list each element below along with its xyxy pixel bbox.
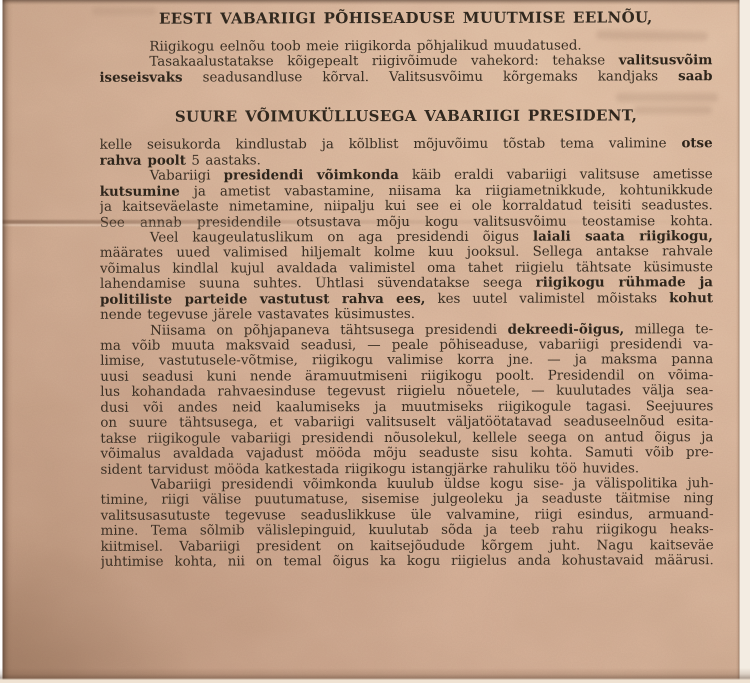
paragraph: Riigikogu eelnõu toob meie riigikorda põ… (99, 38, 712, 55)
body-text: millega te- (624, 322, 713, 337)
text-line: võimalus avaldada vajadust mööda mõju se… (100, 445, 713, 462)
emphasized-text: otse (681, 137, 712, 152)
body-text: võimalus avaldada vajadust mööda mõju se… (100, 445, 713, 462)
body-text: määrates uued valimised hiljemalt kolme … (100, 245, 713, 262)
text-line: dusi või andes neid kaalumiseks ja muutm… (100, 399, 713, 416)
paper-edge-left (0, 0, 13, 683)
showthrough-smudge (616, 93, 718, 102)
emphasized-text: valitsusvõim (619, 54, 713, 69)
paragraph: Niisama on põhjapaneva tähtsusega presid… (100, 322, 713, 478)
fold-crease-highlight (0, 224, 413, 226)
text-line: Tasakaalustatakse kõigepealt riigivõimud… (99, 54, 712, 71)
body-text: kelle seisukorda kindlustab ja kõlblist … (100, 137, 682, 154)
showthrough-smudge (596, 30, 708, 41)
emphasized-text: saab (678, 69, 712, 84)
body-text: valitsusasutuste tegevuse seaduslikkuse … (101, 507, 714, 524)
text-line: iseseisvaks seadusandluse kõrval. Valits… (99, 69, 712, 86)
body-text: käib eraldi vabariigi valitsuse ametisse (399, 167, 713, 183)
text-line: mine. Tema sõlmib välislepinguid, kuulut… (101, 522, 714, 539)
text-line: on suure tähtsusega, et vabariigi valits… (100, 414, 713, 431)
text-line: politiliste parteide vastutust rahva ees… (100, 291, 713, 308)
emphasized-text: presidendi võimkonda (224, 167, 399, 183)
emphasized-text: kohut (669, 291, 713, 306)
body-text: uusi seadusi kuni nende äramuutmiseni ri… (100, 368, 713, 385)
body-text: seadusandluse kõrval. Valitsusvõimu kõrg… (183, 69, 679, 85)
document-title: EESTI VABARIIGI PÕHISEADUSE MUUTMISE EEL… (99, 9, 712, 27)
body-text: Vabariigi presidendi võimkonda kuulub ül… (150, 476, 713, 492)
body-text: lahendamise suuna suhtes. Ühtlasi süvend… (100, 276, 536, 292)
showthrough-smudge (634, 106, 712, 114)
text-line: Vabariigi presidendi võimkonda käib eral… (100, 167, 713, 184)
paper-edge-top (0, 0, 750, 5)
body-text: dusi või andes neid kaalumiseks ja muutm… (100, 399, 713, 416)
text-line: kutsumine ja ametist vabastamine, niisam… (100, 183, 713, 200)
text-line: timine, riigi välise puutumatuse, sisemi… (101, 492, 714, 509)
text-line: sident tarvidust mööda katkestada riigik… (100, 461, 713, 478)
body-text: Niisama on põhjapaneva tähtsusega presid… (150, 322, 508, 338)
emphasized-text: laiali saata riigikogu, (533, 229, 713, 244)
emphasized-text: rahva poolt (100, 152, 186, 168)
paper-edge-right (736, 0, 750, 683)
body-text: nende tegevuse järele vastavates küsimus… (100, 307, 415, 323)
emphasized-text: dekreedi-õigus, (508, 322, 625, 338)
document-flow: Riigikogu eelnõu toob meie riigikorda põ… (99, 38, 713, 570)
body-text: lus kohandada rahvaesinduse tegevust rii… (100, 384, 713, 401)
body-text: võimalus kindlal kujul avaldada valimist… (100, 260, 713, 277)
emphasized-text: kutsumine (100, 183, 180, 199)
body-text: Tasakaalustatakse kõigepealt riigivõimud… (149, 54, 618, 70)
text-line: Niisama on põhjapaneva tähtsusega presid… (100, 322, 713, 339)
text-line: juhtimise kohta, nii on temal õigus ka k… (101, 553, 714, 570)
paragraph: Vabariigi presidendi võimkonda kuulub ül… (100, 476, 713, 570)
body-text: sident tarvidust mööda katkestada riigik… (100, 461, 639, 477)
text-line: nende tegevuse järele vastavates küsimus… (100, 306, 713, 323)
body-text: takse riigikogule vabariigi presidendi n… (100, 430, 713, 447)
body-text: timine, riigi välise puutumatuse, sisemi… (101, 492, 714, 509)
text-line: Veel kaugeulatuslikum on aga presidendi … (100, 229, 713, 246)
paragraph: Veel kaugeulatuslikum on aga presidendi … (100, 229, 713, 323)
body-text: kiitmisel. Vabariigi president on kaitse… (101, 538, 714, 555)
text-line: võimalus kindlal kujul avaldada valimist… (100, 260, 713, 277)
text-line: valitsusasutuste tegevuse seaduslikkuse … (101, 507, 714, 524)
text-line: Vabariigi presidendi võimkonda kuulub ül… (100, 476, 713, 493)
text-line: ma võib muuta maksvaid seadusi, — peale … (100, 337, 713, 354)
text-line: ja kaitseväelaste nimetamine, niipalju k… (100, 198, 713, 215)
body-text: kes uutel valimistel mõistaks (425, 291, 669, 307)
text-line: Riigikogu eelnõu toob meie riigikorda põ… (99, 38, 712, 55)
body-text: Veel kaugeulatuslikum on aga presidendi … (150, 230, 533, 246)
text-line: limise, vastutusele-võtmise, riigikogu v… (100, 353, 713, 370)
paragraph: kelle seisukorda kindlustab ja kõlblist … (100, 137, 713, 169)
paper-edge-bottom (0, 668, 750, 683)
paragraph: Tasakaalustatakse kõigepealt riigivõimud… (99, 54, 712, 86)
scanned-document-page: EESTI VABARIIGI PÕHISEADUSE MUUTMISE EEL… (0, 0, 750, 683)
body-text: Riigikogu eelnõu toob meie riigikorda põ… (149, 39, 581, 55)
body-text: ja kaitseväelaste nimetamine, niipalju k… (100, 198, 713, 215)
text-line: rahva poolt 5 aastaks. (100, 152, 713, 169)
text-line: takse riigikogule vabariigi presidendi n… (100, 430, 713, 447)
showthrough-smudge (92, 7, 156, 15)
text-line: uusi seadusi kuni nende äramuutmiseni ri… (100, 368, 713, 385)
text-line: lus kohandada rahvaesinduse tegevust rii… (100, 384, 713, 401)
text-line: kiitmisel. Vabariigi president on kaitse… (101, 538, 714, 555)
text-line: kelle seisukorda kindlustab ja kõlblist … (100, 137, 713, 154)
section-heading: SUURE VÕIMUKÜLLUSEGA VABARIIGI PRESIDENT… (100, 108, 713, 126)
body-text: limise, vastutusele-võtmise, riigikogu v… (100, 353, 713, 370)
emphasized-text: politiliste parteide vastutust rahva ees… (100, 291, 425, 308)
text-line: lahendamise suuna suhtes. Ühtlasi süvend… (100, 275, 713, 292)
body-text: mine. Tema sõlmib välislepinguid, kuulut… (101, 522, 714, 539)
emphasized-text: riigikogu rühmade ja (536, 275, 713, 290)
text-line: määrates uued valimised hiljemalt kolme … (100, 245, 713, 262)
body-text: ja ametist vabastamine, niisama ka riigi… (180, 183, 713, 199)
body-text: ma võib muuta maksvaid seadusi, — peale … (100, 337, 713, 354)
body-text: Vabariigi (150, 169, 224, 184)
body-text: on suure tähtsusega, et vabariigi valits… (100, 414, 713, 431)
emphasized-text: iseseisvaks (99, 69, 182, 85)
body-text: juhtimise kohta, nii on temal õigus ka k… (101, 553, 714, 570)
body-text: 5 aastaks. (186, 153, 261, 168)
